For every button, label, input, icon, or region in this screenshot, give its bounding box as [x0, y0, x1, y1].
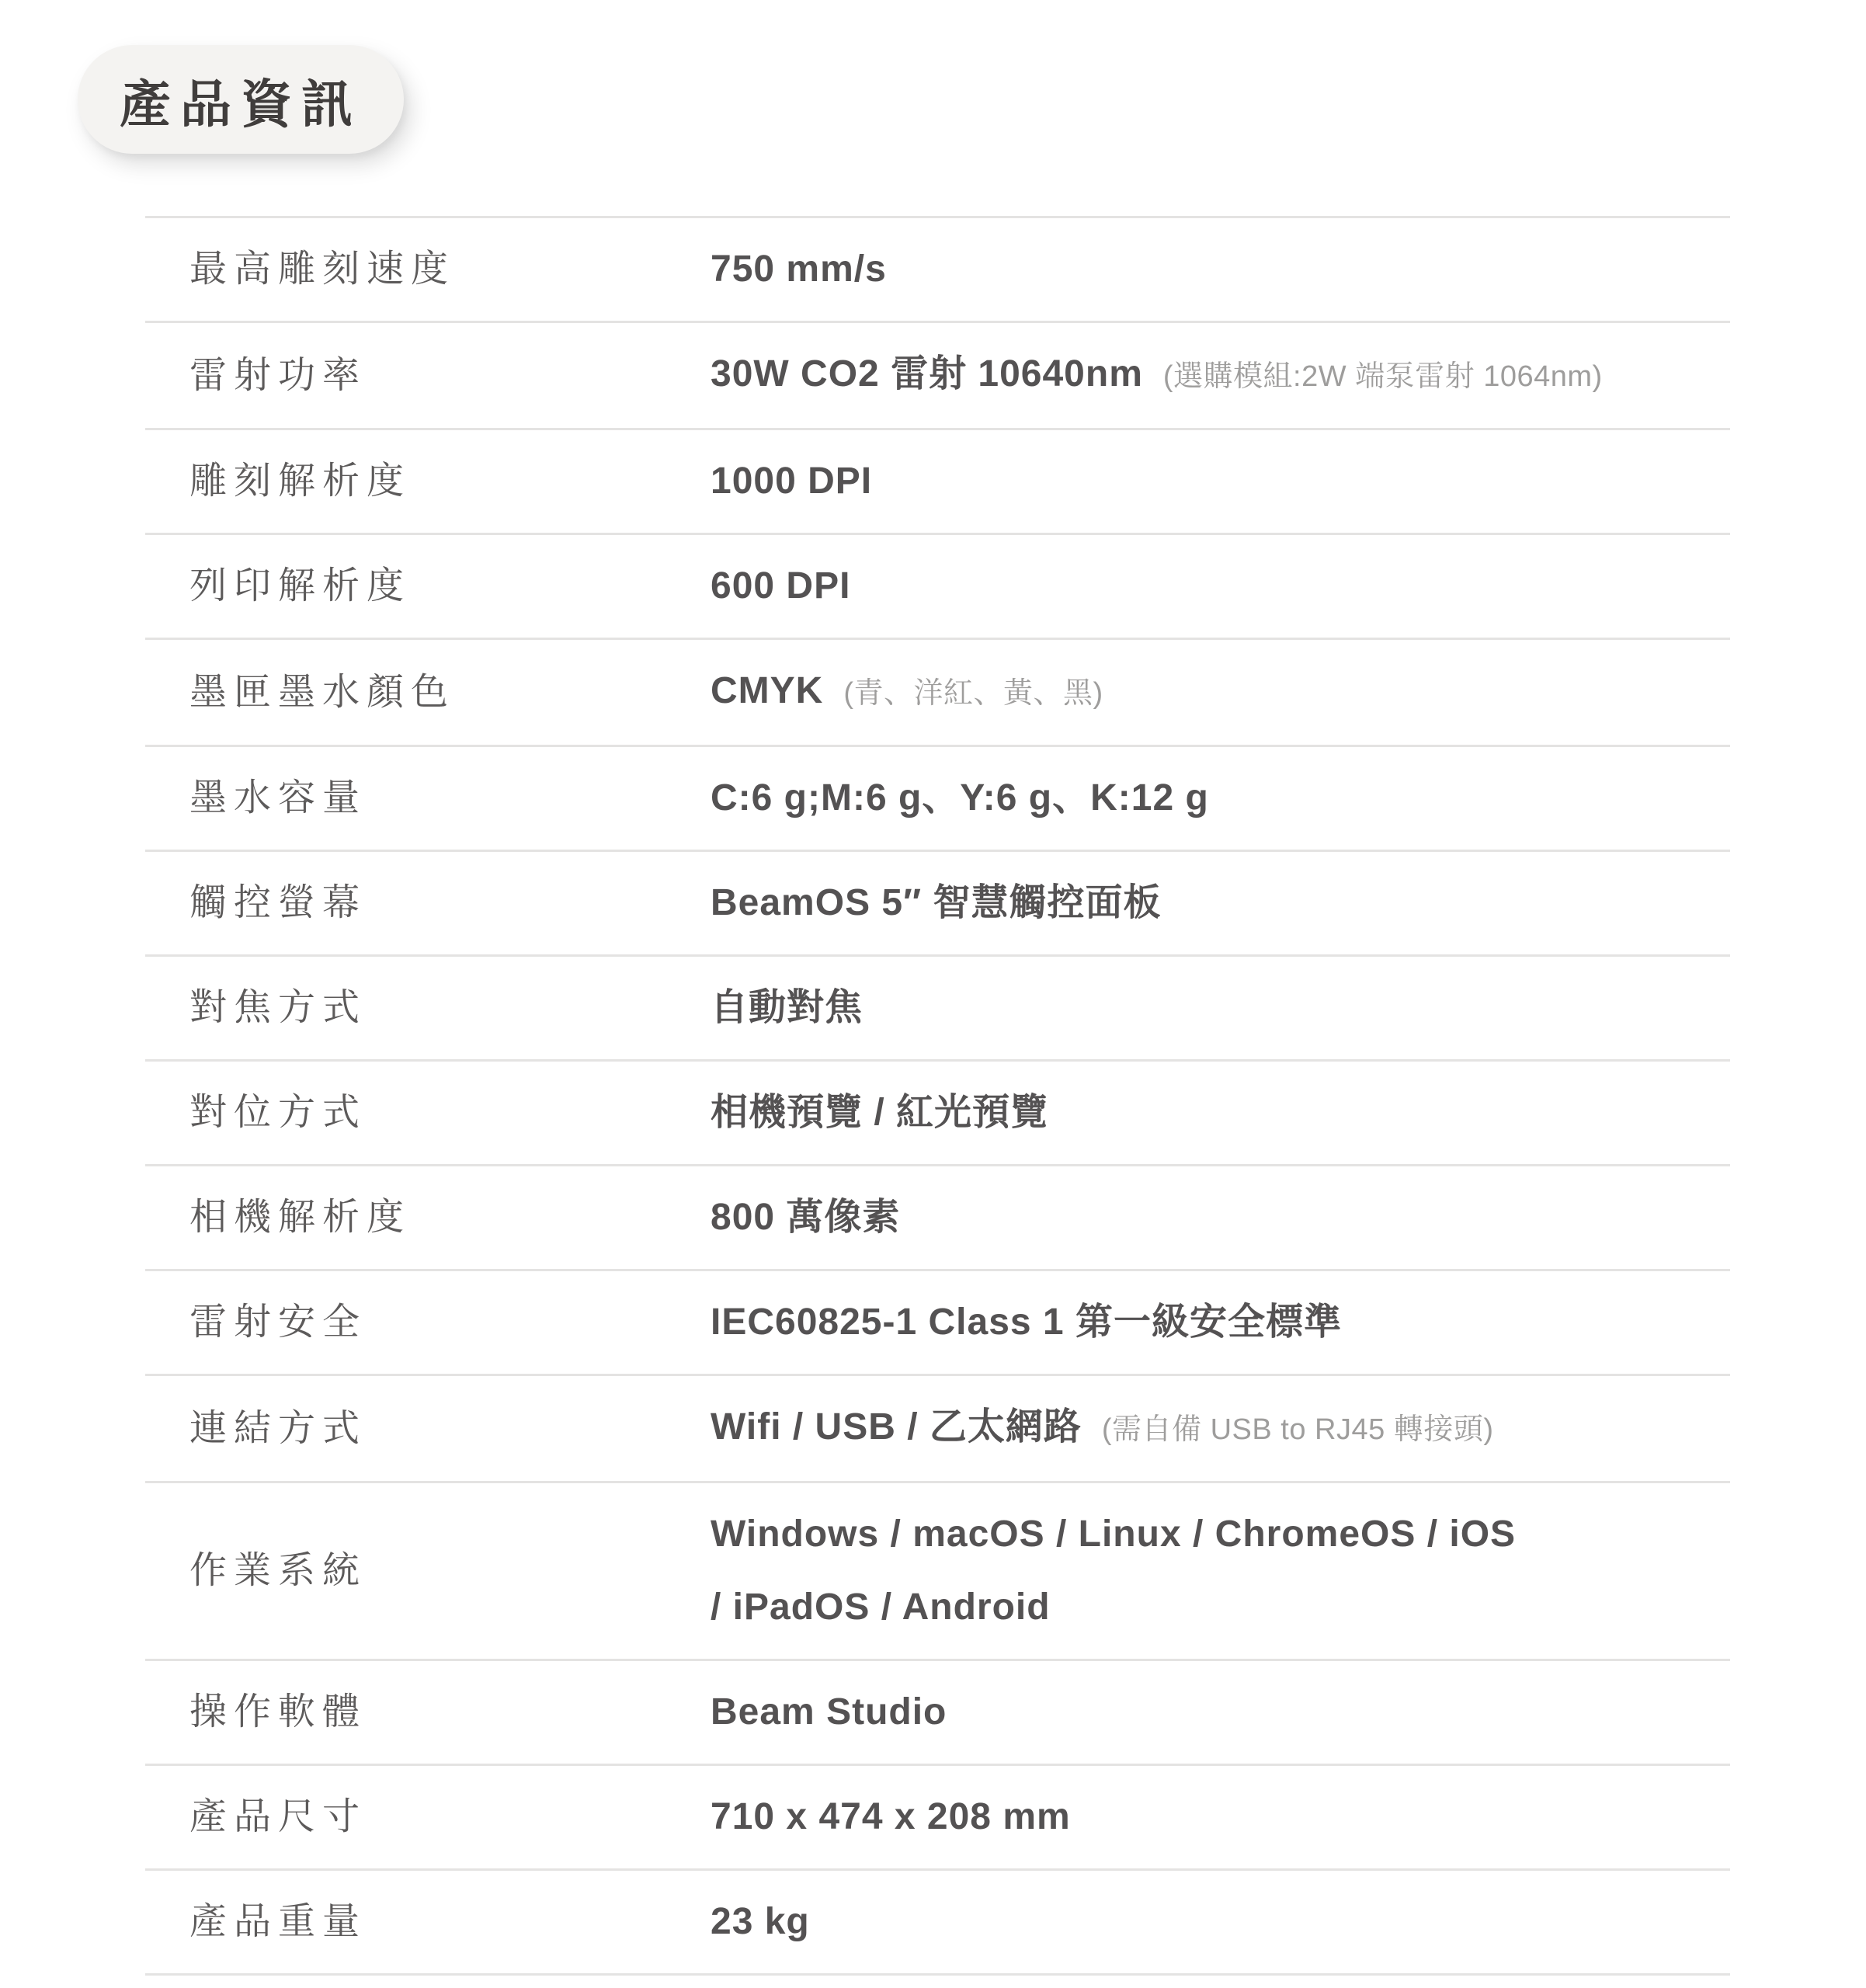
spec-value: 自動對焦 [711, 971, 1730, 1044]
spec-value-text: 800 萬像素 [711, 1197, 900, 1238]
spec-row-engraving-resolution: 雕刻解析度 1000 DPI [145, 430, 1730, 535]
spec-row-operating-system: 作業系統 Windows / macOS / Linux / ChromeOS … [145, 1483, 1730, 1661]
spec-label: 對焦方式 [145, 971, 711, 1044]
spec-label: 最高雕刻速度 [145, 233, 711, 306]
section-title: 產品資訊 [120, 63, 362, 137]
spec-label: 作業系統 [145, 1534, 711, 1607]
spec-value-note: (需自備 USB to RJ45 轉接頭) [1102, 1413, 1494, 1446]
spec-value-text: CMYK [711, 670, 823, 711]
spec-label: 雷射安全 [145, 1286, 711, 1359]
spec-value: 相機預覽 / 紅光預覽 [711, 1076, 1730, 1149]
spec-row-ink-capacity: 墨水容量 C:6 g;M:6 g、Y:6 g、K:12 g [145, 747, 1730, 852]
spec-value: 710 x 474 x 208 mm [711, 1781, 1730, 1854]
spec-row-software: 操作軟體 Beam Studio [145, 1661, 1730, 1766]
spec-value-text: 相機預覽 / 紅光預覽 [711, 1092, 1048, 1133]
spec-value: IEC60825-1 Class 1 第一級安全標準 [711, 1286, 1730, 1359]
spec-label: 觸控螢幕 [145, 867, 711, 940]
spec-label: 列印解析度 [145, 550, 711, 623]
section-title-badge: 產品資訊 [78, 45, 404, 154]
spec-row-product-weight: 產品重量 23 kg [145, 1871, 1730, 1976]
spec-value: 23 kg [711, 1885, 1730, 1958]
spec-value-text: IEC60825-1 Class 1 第一級安全標準 [711, 1302, 1342, 1343]
spec-value: CMYK(青、洋紅、黃、黑) [711, 655, 1730, 730]
spec-value: 800 萬像素 [711, 1181, 1730, 1254]
spec-value: 30W CO2 雷射 10640nm(選購模組:2W 端泵雷射 1064nm) [711, 338, 1730, 413]
spec-value-text: BeamOS 5″ 智慧觸控面板 [711, 882, 1161, 923]
spec-value-text: 30W CO2 雷射 10640nm [711, 353, 1143, 394]
spec-row-print-resolution: 列印解析度 600 DPI [145, 535, 1730, 640]
spec-label: 產品重量 [145, 1885, 711, 1958]
spec-row-laser-power: 雷射功率 30W CO2 雷射 10640nm(選購模組:2W 端泵雷射 106… [145, 323, 1730, 430]
page: { "colors": { "page_bg": "#ffffff", "bad… [0, 0, 1866, 1988]
spec-value: C:6 g;M:6 g、Y:6 g、K:12 g [711, 762, 1730, 835]
spec-value: Beam Studio [711, 1676, 1730, 1749]
spec-label: 墨匣墨水顏色 [145, 656, 711, 729]
spec-row-alignment-method: 對位方式 相機預覽 / 紅光預覽 [145, 1062, 1730, 1166]
spec-label: 雷射功率 [145, 339, 711, 412]
spec-label: 連結方式 [145, 1392, 711, 1465]
spec-value-text: 自動對焦 [711, 987, 863, 1028]
spec-value-text: Beam Studio [711, 1691, 947, 1733]
spec-label: 墨水容量 [145, 762, 711, 835]
spec-row-connectivity: 連結方式 Wifi / USB / 乙太網路(需自備 USB to RJ45 轉… [145, 1376, 1730, 1483]
spec-label: 相機解析度 [145, 1181, 711, 1254]
spec-value: BeamOS 5″ 智慧觸控面板 [711, 867, 1730, 940]
spec-value-text: 1000 DPI [711, 461, 872, 502]
spec-row-product-dimensions: 產品尺寸 710 x 474 x 208 mm [145, 1766, 1730, 1871]
spec-value-text: Wifi / USB / 乙太網路 [711, 1406, 1082, 1448]
spec-value: Wifi / USB / 乙太網路(需自備 USB to RJ45 轉接頭) [711, 1391, 1730, 1466]
spec-value-note: (選購模組:2W 端泵雷射 1064nm) [1163, 360, 1603, 393]
spec-value-text: 600 DPI [711, 565, 850, 606]
spec-label: 操作軟體 [145, 1676, 711, 1749]
spec-label: 雕刻解析度 [145, 445, 711, 518]
spec-value-text: Windows / macOS / Linux / ChromeOS / iOS… [711, 1514, 1516, 1628]
spec-value-text: 23 kg [711, 1901, 810, 1942]
spec-row-ink-colors: 墨匣墨水顏色 CMYK(青、洋紅、黃、黑) [145, 640, 1730, 747]
product-spec-table: 最高雕刻速度 750 mm/s 雷射功率 30W CO2 雷射 10640nm(… [145, 216, 1730, 1976]
spec-value-text: 750 mm/s [711, 248, 887, 290]
spec-label: 對位方式 [145, 1076, 711, 1149]
spec-row-touchscreen: 觸控螢幕 BeamOS 5″ 智慧觸控面板 [145, 852, 1730, 957]
spec-value-note: (青、洋紅、黃、黑) [843, 677, 1103, 710]
spec-value: 750 mm/s [711, 233, 1730, 306]
spec-row-laser-safety: 雷射安全 IEC60825-1 Class 1 第一級安全標準 [145, 1271, 1730, 1376]
spec-row-focus-method: 對焦方式 自動對焦 [145, 957, 1730, 1062]
spec-label: 產品尺寸 [145, 1781, 711, 1854]
spec-value: 600 DPI [711, 550, 1730, 623]
spec-value: 1000 DPI [711, 445, 1730, 518]
spec-row-max-engraving-speed: 最高雕刻速度 750 mm/s [145, 218, 1730, 323]
spec-value-text: 710 x 474 x 208 mm [711, 1796, 1071, 1837]
spec-value-text: C:6 g;M:6 g、Y:6 g、K:12 g [711, 777, 1209, 818]
spec-row-camera-resolution: 相機解析度 800 萬像素 [145, 1166, 1730, 1271]
spec-value: Windows / macOS / Linux / ChromeOS / iOS… [711, 1498, 1730, 1644]
